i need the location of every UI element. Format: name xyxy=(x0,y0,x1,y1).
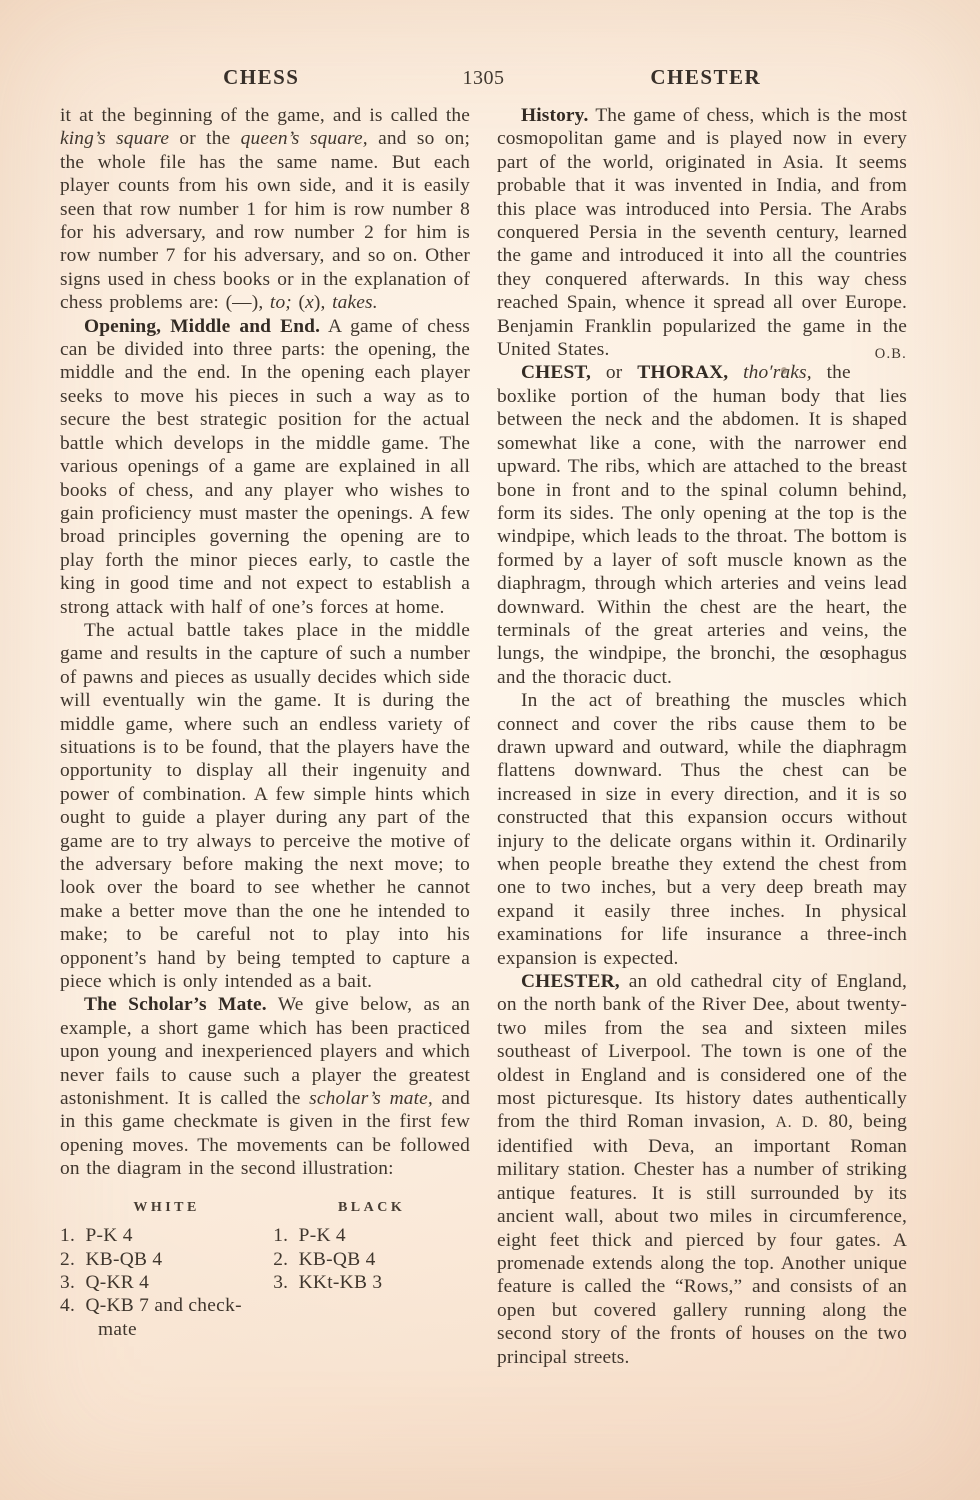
small-caps-date: A. D. xyxy=(776,1114,819,1131)
paragraph-chess-notation: it at the beginning of the game, and is … xyxy=(60,104,470,315)
italic-term: takes. xyxy=(332,292,378,313)
italic-term: to; xyxy=(270,292,292,313)
page-number: 1305 xyxy=(463,67,505,90)
entry-heading: THORAX, xyxy=(637,362,728,383)
entry-heading: Opening, Middle and End. xyxy=(84,316,320,337)
move-row: 3. KKt-KB 3 xyxy=(273,1271,470,1294)
running-title-left: CHESS xyxy=(60,66,463,89)
paragraph-breathing: In the act of breathing the muscles whic… xyxy=(497,689,907,970)
text-run: or xyxy=(591,362,637,383)
moves-header-white: WHITE xyxy=(60,1196,273,1219)
move-row: 2. KB-QB 4 xyxy=(60,1248,273,1271)
running-title-right: CHESTER xyxy=(505,66,908,89)
author-initials: O.B. xyxy=(851,338,907,366)
italic-term: queen’s square, xyxy=(241,128,368,149)
text-columns: it at the beginning of the game, and is … xyxy=(60,104,907,1369)
moves-column-white: WHITE 1. P-K 4 2. KB-QB 4 3. Q-KR 4 4. Q… xyxy=(60,1196,273,1341)
ink-speck xyxy=(781,367,787,374)
paragraph-chest: CHEST, or THORAX, tho′raks, the boxlike … xyxy=(497,361,907,689)
text-run: The game of chess, which is the most cos… xyxy=(497,105,907,360)
italic-term: king’s square xyxy=(60,128,169,149)
text-run: or the xyxy=(169,128,241,149)
entry-heading: CHESTER, xyxy=(521,971,620,992)
paragraph-opening-middle-end: Opening, Middle and End. A game of chess… xyxy=(60,315,470,619)
entry-heading: History. xyxy=(521,105,588,126)
text-run: 80, being identified with Deva, an impor… xyxy=(497,1111,907,1367)
text-run: it at the beginning of the game, and is … xyxy=(60,105,470,126)
text-run: and so on; the whole file has the same n… xyxy=(60,128,470,313)
paragraph-history: History. The game of chess, which is the… xyxy=(497,104,907,361)
paragraph-middle-game: The actual battle takes place in the mid… xyxy=(60,619,470,994)
paragraph-chester: CHESTER, an old cathedral city of Englan… xyxy=(497,970,907,1369)
moves-column-black: BLACK 1. P-K 4 2. KB-QB 4 3. KKt-KB 3 xyxy=(273,1196,470,1341)
entry-heading: CHEST, xyxy=(521,362,591,383)
move-row: 1. P-K 4 xyxy=(273,1224,470,1247)
pronunciation: tho′raks, xyxy=(728,362,812,383)
move-row-continuation: mate xyxy=(60,1318,273,1341)
text-run: ( xyxy=(292,292,305,313)
running-head: CHESS 1305 CHESTER xyxy=(60,66,907,90)
text-run: ), xyxy=(314,292,332,313)
paragraph-scholars-mate: The Scholar’s Mate. We give below, as an… xyxy=(60,993,470,1180)
text-run: In the act of breathing the muscles whic… xyxy=(497,690,907,968)
right-column: History. The game of chess, which is the… xyxy=(497,104,907,1369)
left-column: it at the beginning of the game, and is … xyxy=(60,104,470,1369)
move-row: 2. KB-QB 4 xyxy=(273,1248,470,1271)
moves-header-black: BLACK xyxy=(273,1196,470,1219)
move-row: 4. Q-KB 7 and check- xyxy=(60,1294,273,1317)
book-page: CHESS 1305 CHESTER it at the beginning o… xyxy=(0,0,980,1500)
moves-table: WHITE 1. P-K 4 2. KB-QB 4 3. Q-KR 4 4. Q… xyxy=(60,1196,470,1341)
text-run: an old cathedral city of England, on the… xyxy=(497,971,907,1132)
italic-term: scholar’s mate, xyxy=(309,1088,433,1109)
entry-heading: The Scholar’s Mate. xyxy=(84,994,267,1015)
move-row: 1. P-K 4 xyxy=(60,1224,273,1247)
text-run: the boxlike portion of the human body th… xyxy=(497,362,907,687)
text-run: A game of chess can be divided into thre… xyxy=(60,316,470,618)
text-run: The actual battle takes place in the mid… xyxy=(60,620,470,992)
move-row: 3. Q-KR 4 xyxy=(60,1271,273,1294)
italic-term: x xyxy=(305,292,314,313)
